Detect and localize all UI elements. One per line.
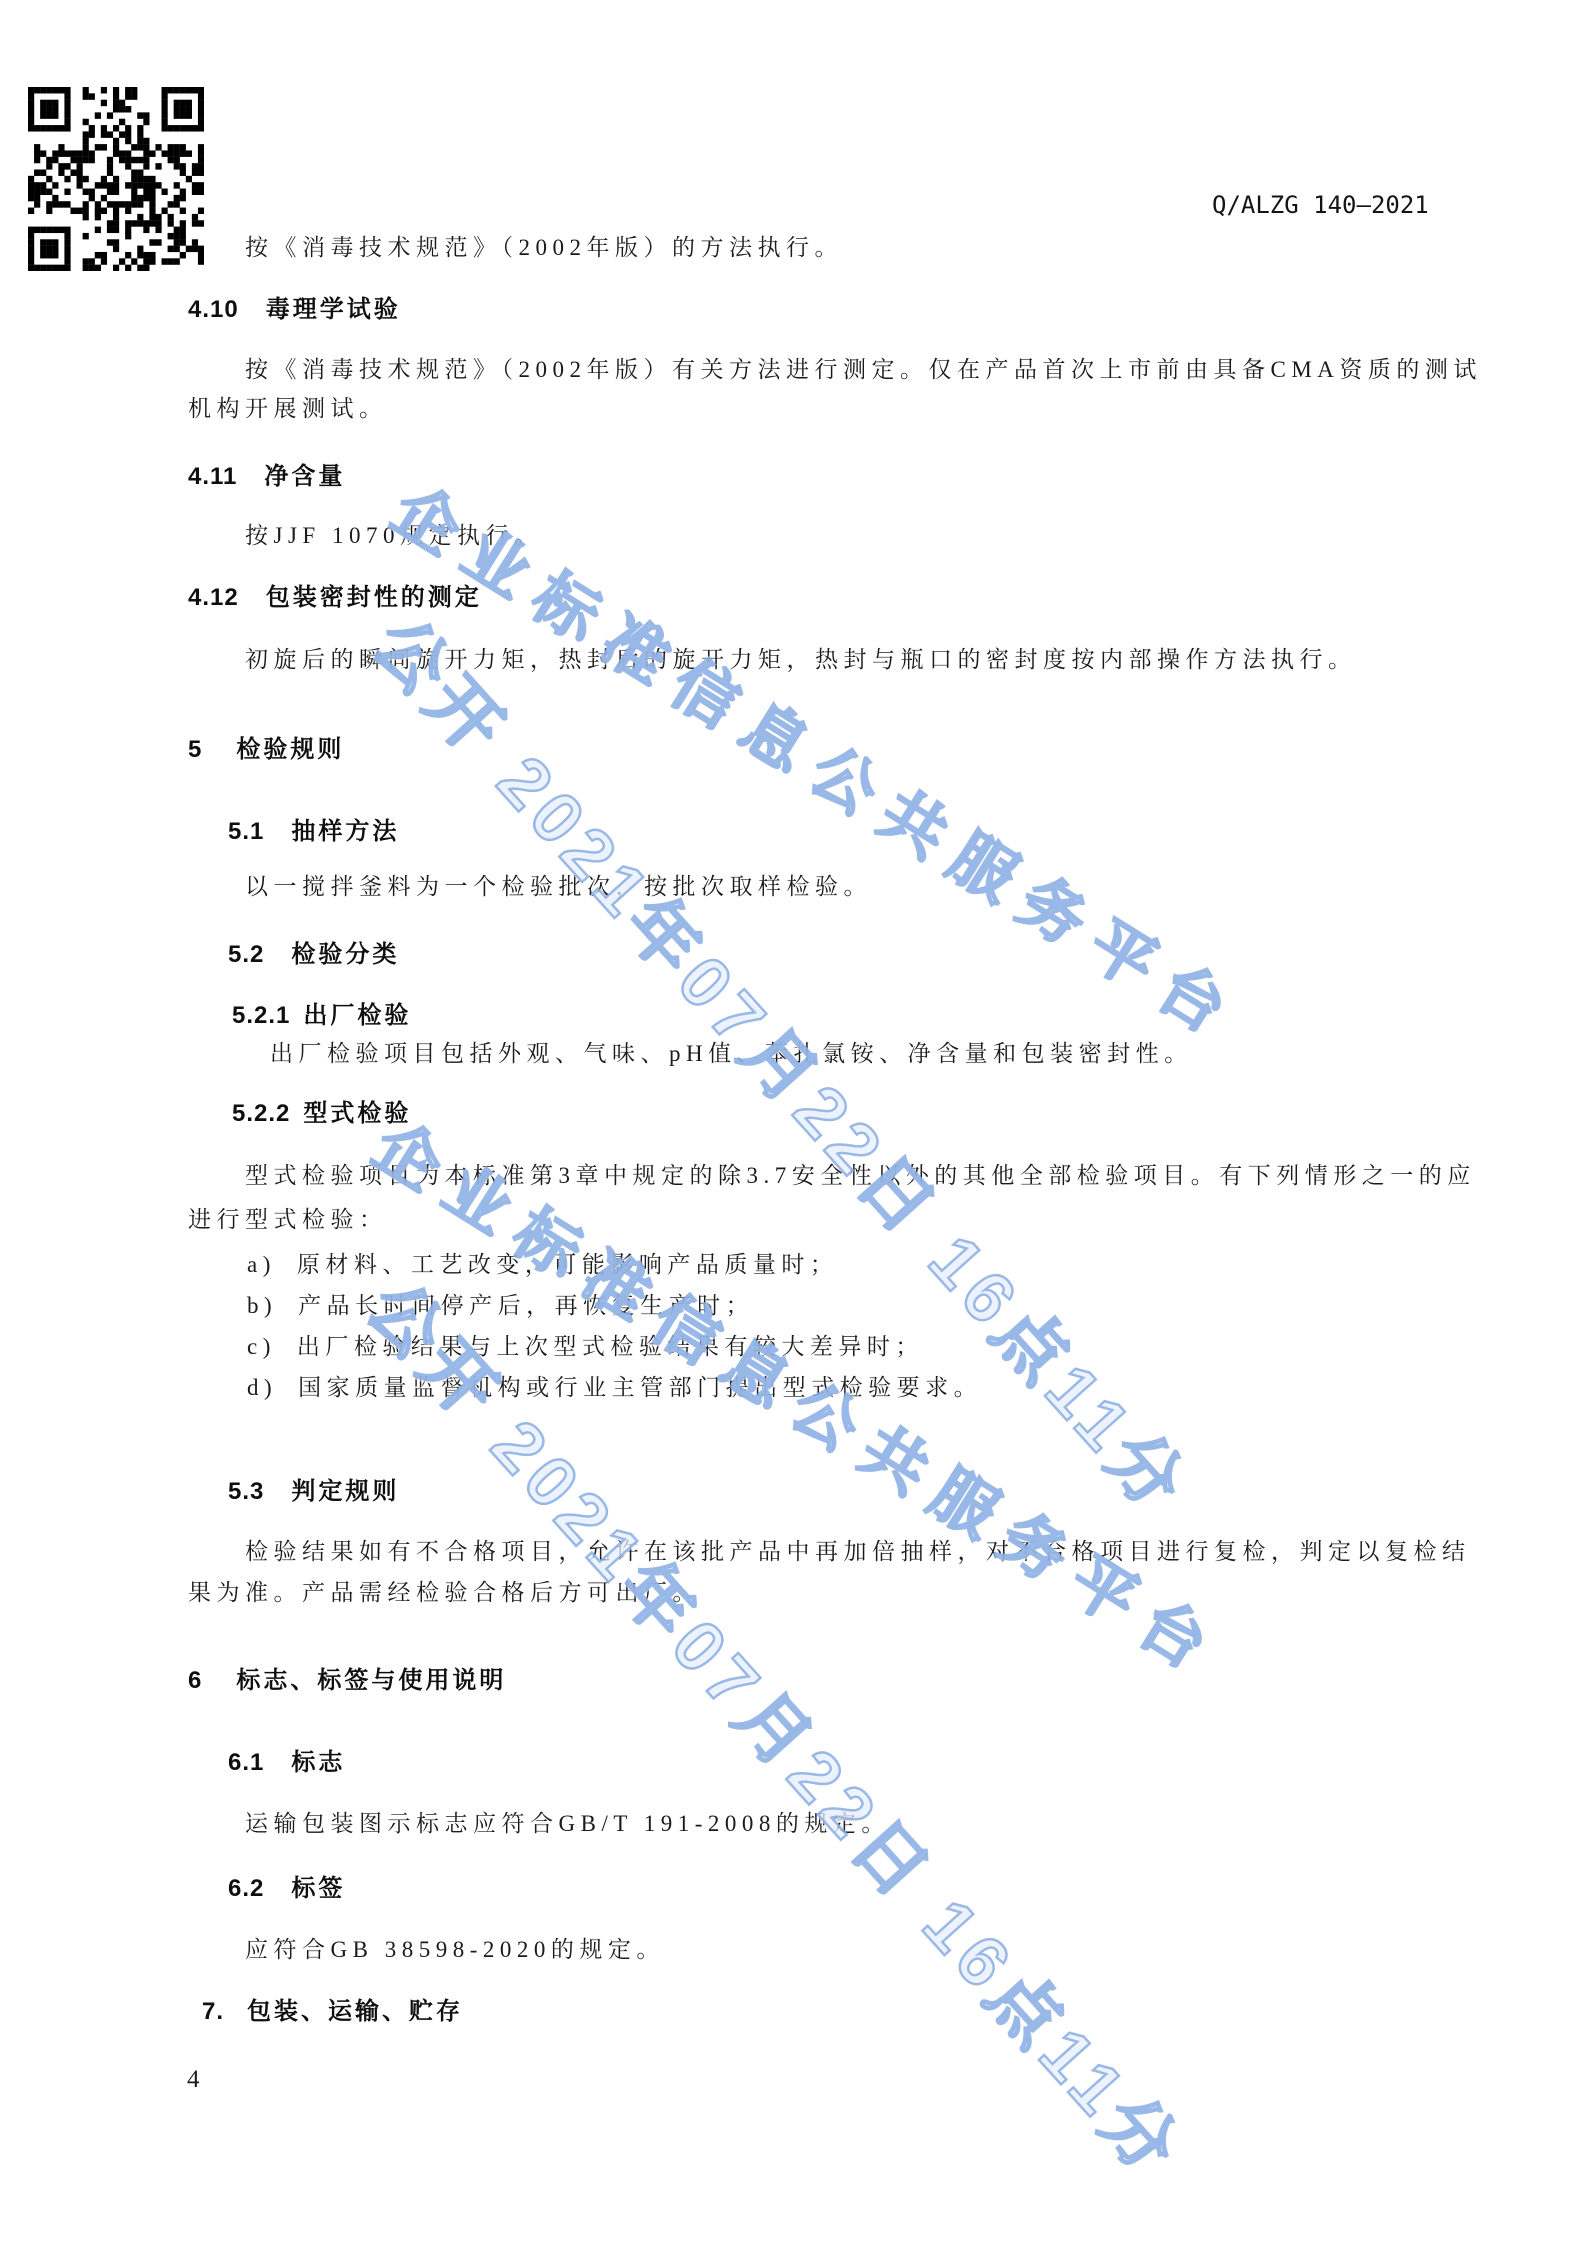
heading-number: 7. xyxy=(202,1998,224,2025)
heading-number: 4.12 xyxy=(188,584,239,611)
list-item-d: d)国家质量监督机构或行业主管部门提出型式检验要求。 xyxy=(247,1374,982,1403)
heading-4-11: 4.11净含量 xyxy=(188,462,345,492)
heading-6: 6标志、标签与使用说明 xyxy=(188,1666,506,1696)
list-item-text: 产品长时间停产后，再恢复生产时； xyxy=(298,1293,754,1318)
heading-number: 4.11 xyxy=(188,463,237,490)
heading-5-1: 5.1抽样方法 xyxy=(228,817,399,847)
heading-title: 检验规则 xyxy=(236,736,344,763)
paragraph-4-11: 按JJF 1070规定执行。 xyxy=(245,522,542,551)
page-number: 4 xyxy=(187,2066,200,2094)
heading-5-2-2: 5.2.2型式检验 xyxy=(232,1099,411,1129)
list-item-label: a) xyxy=(247,1252,276,1277)
heading-5-3: 5.3判定规则 xyxy=(228,1477,399,1507)
heading-4-12: 4.12包装密封性的测定 xyxy=(188,583,482,613)
standard-code: Q/ALZG 140—2021 xyxy=(1212,191,1429,219)
paragraph-6-1: 运输包装图示标志应符合GB/T 191-2008的规定。 xyxy=(245,1810,890,1839)
paragraph-4-10-line1: 按《消毒技术规范》（2002年版）有关方法进行测定。仅在产品首次上市前由具备CM… xyxy=(245,356,1482,385)
list-item-a: a)原材料、工艺改变，可能影响产品质量时； xyxy=(247,1251,838,1280)
heading-5: 5检验规则 xyxy=(188,735,344,765)
document-page: Q/ALZG 140—2021 按《消毒技术规范》（2002年版）的方法执行。 … xyxy=(0,0,1588,2245)
heading-title: 包装密封性的测定 xyxy=(266,584,482,611)
qr-code xyxy=(28,87,204,271)
heading-title: 净含量 xyxy=(264,463,345,490)
paragraph-6-2: 应符合GB 38598-2020的规定。 xyxy=(245,1936,665,1965)
heading-title: 出厂检验 xyxy=(303,1002,411,1029)
heading-number: 5.2.2 xyxy=(232,1100,290,1127)
heading-title: 标志 xyxy=(291,1749,345,1776)
heading-title: 毒理学试验 xyxy=(266,296,401,323)
heading-title: 标志、标签与使用说明 xyxy=(236,1667,506,1694)
heading-title: 标签 xyxy=(291,1875,345,1902)
heading-7: 7.包装、运输、贮存 xyxy=(202,1997,463,2027)
heading-title: 检验分类 xyxy=(291,941,399,968)
heading-number: 6.1 xyxy=(228,1749,264,1776)
paragraph-4-12: 初旋后的瞬间旋开力矩，热封后的旋开力矩，热封与瓶口的密封度按内部操作方法执行。 xyxy=(245,646,1357,675)
heading-5-2: 5.2检验分类 xyxy=(228,940,399,970)
paragraph-5-3-line2: 果为准。产品需经检验合格后方可出厂。 xyxy=(188,1579,701,1608)
heading-number: 6.2 xyxy=(228,1875,264,1902)
list-item-label: c) xyxy=(247,1334,276,1359)
paragraph-5-2-1: 出厂检验项目包括外观、气味、pH值、苯扎氯铵、净含量和包装密封性。 xyxy=(270,1040,1193,1069)
list-item-text: 出厂检验结果与上次型式检验结果有较大差异时； xyxy=(297,1334,924,1359)
list-item-label: b) xyxy=(247,1293,277,1318)
heading-title: 型式检验 xyxy=(303,1100,411,1127)
heading-number: 5.3 xyxy=(228,1478,264,1505)
heading-title: 判定规则 xyxy=(291,1478,399,1505)
paragraph-5-2-2-line1: 型式检验项目为本标准第3章中规定的除3.7安全性以外的其他全部检验项目。有下列情… xyxy=(245,1162,1476,1191)
heading-number: 6 xyxy=(188,1667,202,1694)
heading-number: 4.10 xyxy=(188,296,239,323)
heading-number: 5.2 xyxy=(228,941,264,968)
heading-title: 抽样方法 xyxy=(291,818,399,845)
list-item-b: b)产品长时间停产后，再恢复生产时； xyxy=(247,1292,754,1321)
list-item-text: 原材料、工艺改变，可能影响产品质量时； xyxy=(297,1252,839,1277)
heading-number: 5.2.1 xyxy=(232,1002,290,1029)
heading-6-1: 6.1标志 xyxy=(228,1748,345,1778)
heading-number: 5 xyxy=(188,736,202,763)
list-item-c: c)出厂检验结果与上次型式检验结果有较大差异时； xyxy=(247,1333,924,1362)
heading-4-10: 4.10毒理学试验 xyxy=(188,295,401,325)
heading-6-2: 6.2标签 xyxy=(228,1874,345,1904)
paragraph-5-2-2-line2: 进行型式检验： xyxy=(188,1206,388,1235)
paragraph-intro: 按《消毒技术规范》（2002年版）的方法执行。 xyxy=(245,234,843,263)
paragraph-4-10-line2: 机构开展测试。 xyxy=(188,395,388,424)
heading-title: 包装、运输、贮存 xyxy=(247,1998,463,2025)
heading-5-2-1: 5.2.1出厂检验 xyxy=(232,1001,411,1031)
list-item-label: d) xyxy=(247,1375,277,1400)
heading-number: 5.1 xyxy=(228,818,264,845)
paragraph-5-3-line1: 检验结果如有不合格项目，允许在该批产品中再加倍抽样，对不合格项目进行复检，判定以… xyxy=(245,1538,1471,1567)
paragraph-5-1: 以一搅拌釜料为一个检验批次，按批次取样检验。 xyxy=(245,873,872,902)
list-item-text: 国家质量监督机构或行业主管部门提出型式检验要求。 xyxy=(298,1375,982,1400)
